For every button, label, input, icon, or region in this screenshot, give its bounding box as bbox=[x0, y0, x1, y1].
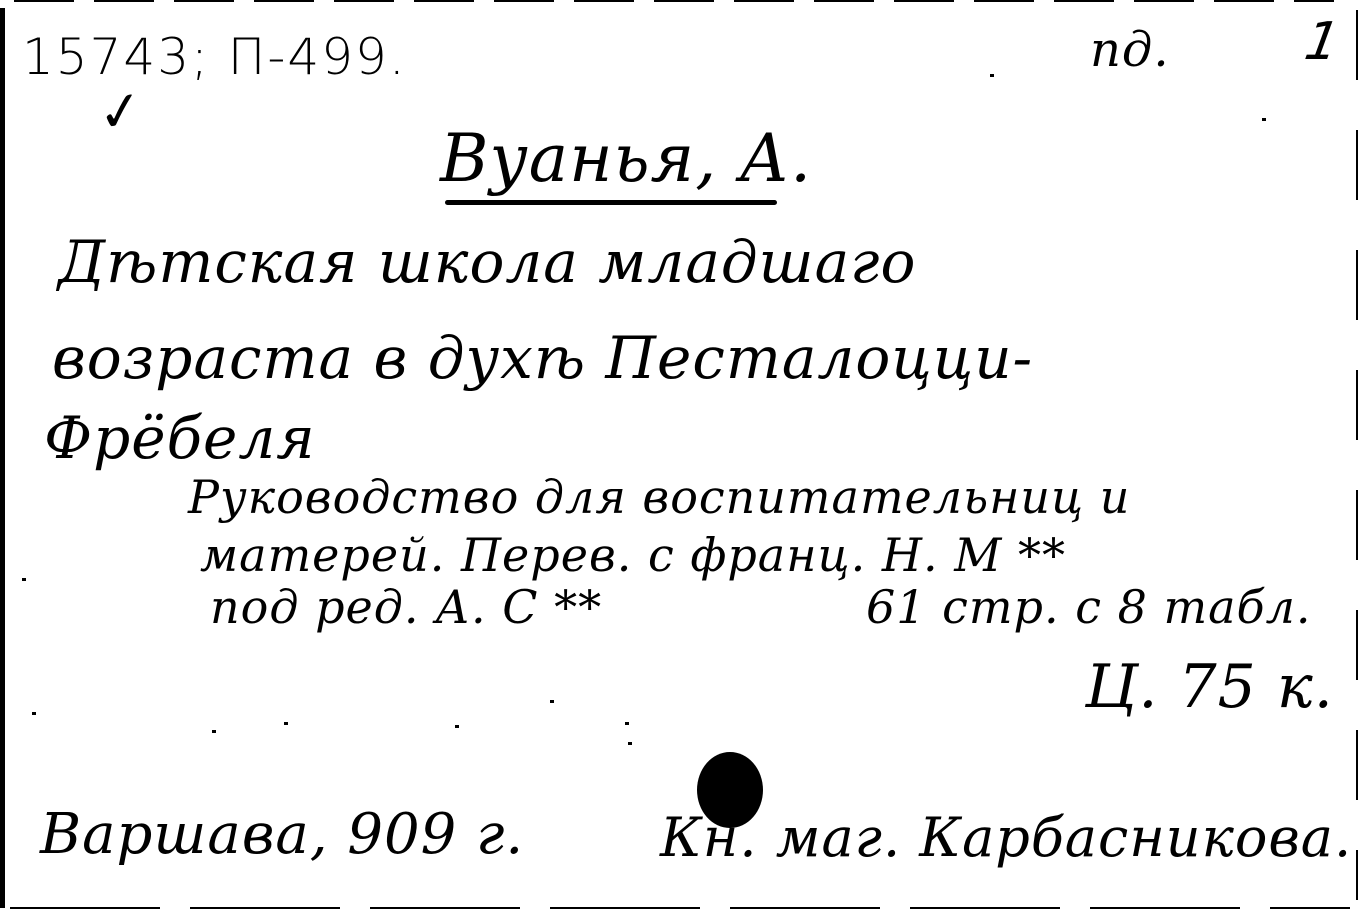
title-line-3: Фрёбеля bbox=[44, 404, 316, 472]
author-underline bbox=[445, 200, 777, 205]
card-right-edge bbox=[1356, 10, 1358, 900]
card-top-edge bbox=[14, 0, 1334, 2]
scan-speck bbox=[455, 725, 459, 728]
call-number: 15743; П-499. bbox=[22, 28, 407, 86]
subtitle-line-1: Руководство для воспитательниц и bbox=[188, 470, 1130, 524]
price: Ц. 75 к. bbox=[1085, 652, 1334, 722]
scan-speck bbox=[550, 700, 554, 703]
title-line-2: возраста в духѣ Песталоцци- bbox=[52, 324, 1033, 392]
subtitle-line-3: под ред. А. С ** bbox=[210, 580, 602, 634]
card-number: 1 bbox=[1294, 12, 1350, 72]
scan-speck bbox=[212, 730, 216, 733]
subtitle-line-2: матерей. Перев. с франц. Н. М ** bbox=[200, 528, 1066, 582]
imprint-place-year: Варшава, 909 г. bbox=[40, 802, 524, 867]
pagination: 61 стр. с 8 табл. bbox=[866, 580, 1312, 634]
shelf-code: пд. bbox=[1090, 22, 1170, 78]
scan-speck bbox=[990, 74, 994, 77]
scan-speck bbox=[284, 722, 288, 725]
check-mark-icon: ✓ bbox=[94, 77, 149, 146]
scan-speck bbox=[1262, 118, 1266, 121]
title-line-1: Дѣтская школа младшаго bbox=[58, 228, 916, 296]
scan-speck bbox=[625, 722, 629, 725]
publisher: Кн. маг. Карбасникова. bbox=[660, 806, 1352, 869]
card-left-edge bbox=[0, 8, 5, 908]
card-bottom-edge bbox=[10, 907, 1350, 909]
author-heading: Вуанья, А. bbox=[440, 120, 812, 197]
scan-speck bbox=[32, 712, 36, 715]
scan-speck bbox=[628, 742, 632, 745]
catalog-card: 15743; П-499. ✓ пд. 1 Вуанья, А. Дѣтская… bbox=[0, 0, 1360, 911]
scan-speck bbox=[22, 578, 26, 581]
